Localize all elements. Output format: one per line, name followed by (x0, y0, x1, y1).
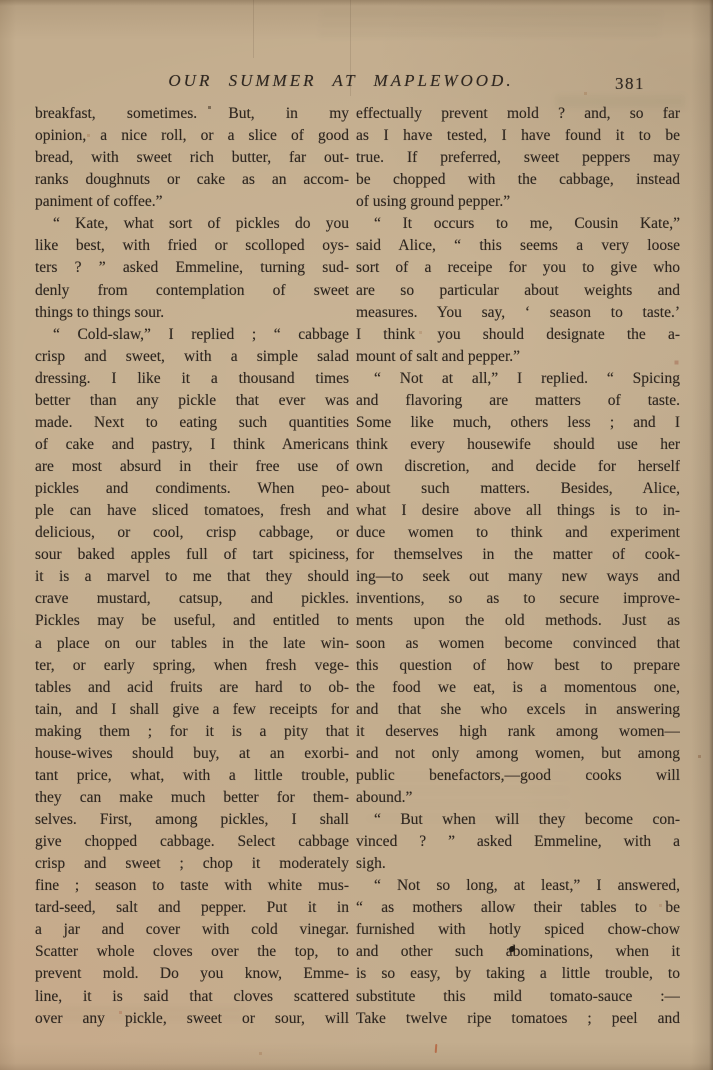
page-title: OUR SUMMER AT MAPLEWOOD. (35, 71, 647, 91)
text-line: crave mustard, catsup, and pickles. (35, 588, 349, 610)
red-fiber-mark (435, 1044, 438, 1053)
text-line: measures. You say, ‘ season to taste.’ (356, 302, 680, 324)
text-line: Take twelve ripe tomatoes ; peel and (356, 1008, 680, 1030)
text-line: of cake and pastry, I think Americans (35, 434, 349, 456)
text-line: “ Kate, what sort of pickles do you (35, 213, 349, 235)
text-line: is so easy, by taking a little trouble, … (356, 963, 680, 985)
text-line: opinion, a nice roll, or a slice of good (35, 125, 349, 147)
book-page-scan: OUR SUMMER AT MAPLEWOOD. 381 breakfast, … (0, 0, 713, 1070)
text-line: tant price, what, with a little trouble, (35, 765, 349, 787)
text-line: a jar and cover with cold vinegar. (35, 919, 349, 941)
text-line: effectually prevent mold ? and, so far (356, 103, 680, 125)
paper-specks (0, 0, 1, 1)
text-line: furnished with hotly spiced chow-chow (356, 919, 680, 941)
text-line: tard-seed, salt and pepper. Put it in (35, 897, 349, 919)
text-line: and that she who excels in answering (356, 699, 680, 721)
text-line: “ Not so long, at least,” I answered, (356, 875, 680, 897)
text-line: are most absurd in their free use of (35, 456, 349, 478)
text-line: sour baked apples full of tart spiciness… (35, 544, 349, 566)
column-right: effectually prevent mold ? and, so faras… (356, 103, 680, 1030)
text-line: vinced ? ” asked Emmeline, with a (356, 831, 680, 853)
text-line: duce women to think and experiment (356, 522, 680, 544)
text-line: abound.” (356, 787, 680, 809)
text-line: “ Not at all,” I replied. “ Spicing (356, 368, 680, 390)
text-line: a place on our tables in the late win- (35, 633, 349, 655)
text-line: “ Cold-slaw,” I replied ; “ cabbage (35, 324, 349, 346)
text-line: substitute this mild tomato-sauce :— (356, 986, 680, 1008)
text-line: over any pickle, sweet or sour, will (35, 1008, 349, 1030)
text-line: “ But when will they become con- (356, 809, 680, 831)
text-line: selves. First, among pickles, I shall (35, 809, 349, 831)
text-line: what I desire above all things is to in- (356, 500, 680, 522)
text-line: it is a marvel to me that they should (35, 566, 349, 588)
text-line: prevent mold. Do you know, Emme- (35, 963, 349, 985)
text-line: and flavoring are matters of taste. (356, 390, 680, 412)
text-line: it deserves high rank among women— (356, 721, 680, 743)
text-line: inventions, so as to secure improve- (356, 588, 680, 610)
text-line: pickles and condiments. When peo- (35, 478, 349, 500)
text-line: this question of how best to prepare (356, 655, 680, 677)
text-line: ments upon the old methods. Just as (356, 610, 680, 632)
text-line: own discretion, and decide for herself (356, 456, 680, 478)
text-line: sort of a receipe for you to give who (356, 257, 680, 279)
text-line: true. If preferred, sweet peppers may (356, 147, 680, 169)
text-line: paniment of coffee.” (35, 191, 349, 213)
text-line: made. Next to eating such quantities (35, 412, 349, 434)
text-line: crisp and sweet, with a simple salad (35, 346, 349, 368)
text-line: and other such abominations, when it (356, 941, 680, 963)
text-line: fine ; season to taste with white mus- (35, 875, 349, 897)
text-columns: breakfast, sometimes. But, in myopinion,… (35, 103, 680, 1030)
show-through-ghost (319, 13, 662, 41)
text-line: tain, and I shall give a few receipts fo… (35, 699, 349, 721)
text-line: mount of salt and pepper.” (356, 346, 680, 368)
text-line: Some like much, others less ; and I (356, 412, 680, 434)
text-line: crisp and sweet ; chop it moderately (35, 853, 349, 875)
text-line: ple can have sliced tomatoes, fresh and (35, 500, 349, 522)
text-line: dressing. I like it a thousand times (35, 368, 349, 390)
running-header: OUR SUMMER AT MAPLEWOOD. 381 (35, 71, 647, 95)
text-line: house-wives should buy, at an exorbi- (35, 743, 349, 765)
text-line: Pickles may be useful, and entitled to (35, 610, 349, 632)
page-number: 381 (615, 74, 645, 94)
text-line: be chopped with the cabbage, instead (356, 169, 680, 191)
text-line: ing—to seek out many new ways and (356, 566, 680, 588)
text-line: and not only among women, but among (356, 743, 680, 765)
text-line: said Alice, “ this seems a very loose (356, 235, 680, 257)
text-line: tables and acid fruits are hard to ob- (35, 677, 349, 699)
paper-crease (253, 0, 254, 58)
text-line: line, it is said that cloves scattered (35, 986, 349, 1008)
text-line: think every housewife should use her (356, 434, 680, 456)
text-line: delicious, or cool, crisp cabbage, or (35, 522, 349, 544)
text-line: ters ? ” asked Emmeline, turning sud- (35, 257, 349, 279)
text-line: I think you should designate the a- (356, 324, 680, 346)
text-line: are so particular about weights and (356, 280, 680, 302)
text-line: denly from contemplation of sweet (35, 280, 349, 302)
text-line: the food we eat, is a momentous one, (356, 677, 680, 699)
text-line: as I have tested, I have found it to be (356, 125, 680, 147)
text-line: for themselves in the matter of cook- (356, 544, 680, 566)
text-line: sigh. (356, 853, 680, 875)
text-line: “ It occurs to me, Cousin Kate,” (356, 213, 680, 235)
text-line: ranks doughnuts or cake as an accom- (35, 169, 349, 191)
text-line: ter, or early spring, when fresh vege- (35, 655, 349, 677)
text-line: making them ; for it is a pity that (35, 721, 349, 743)
text-line: bread, with sweet rich butter, far out- (35, 147, 349, 169)
text-line: better than any pickle that ever was (35, 390, 349, 412)
text-line: they can make much better for them- (35, 787, 349, 809)
text-line: like best, with fried or scolloped oys- (35, 235, 349, 257)
text-line: public benefactors,—good cooks will (356, 765, 680, 787)
column-left: breakfast, sometimes. But, in myopinion,… (35, 103, 349, 1030)
text-line: give chopped cabbage. Select cabbage (35, 831, 349, 853)
text-line: “ as mothers allow their tables to be (356, 897, 680, 919)
text-line: Scatter whole cloves over the top, to (35, 941, 349, 963)
text-line: of using ground pepper.” (356, 191, 680, 213)
text-line: things to things sour. (35, 302, 349, 324)
text-line: about such matters. Besides, Alice, (356, 478, 680, 500)
text-line: soon as women become convinced that (356, 633, 680, 655)
text-line: breakfast, sometimes. But, in my (35, 103, 349, 125)
